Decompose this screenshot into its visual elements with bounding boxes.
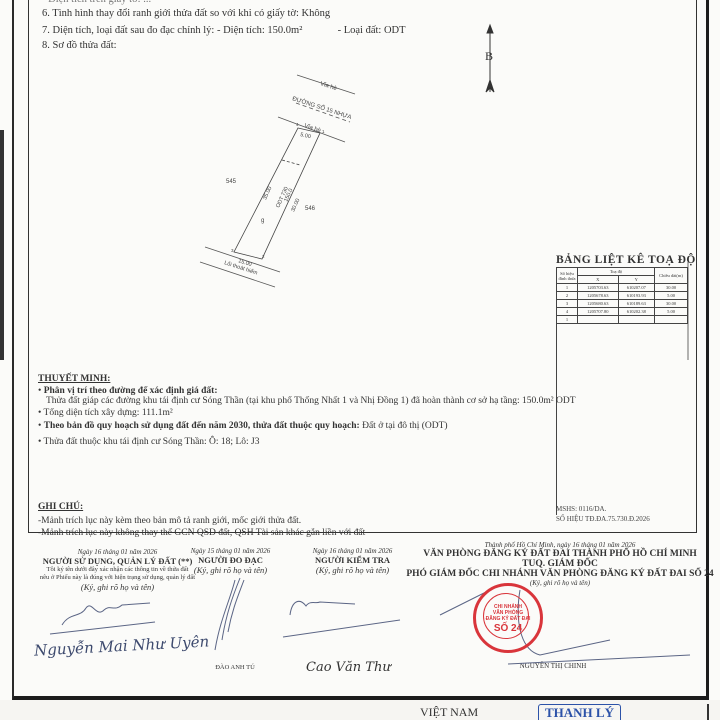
explanation-title: THUYẾT MINH:	[38, 374, 110, 384]
table-row: 11205703.63610207.0730.00	[557, 284, 688, 292]
svg-text:5.00: 5.00	[300, 132, 312, 140]
owner-signature-block: Ngày 16 tháng 01 năm 2026 NGƯỜI SỬ DỤNG,…	[30, 548, 205, 592]
svg-text:ĐƯỜNG SỐ 15 NHỰA: ĐƯỜNG SỐ 15 NHỰA	[291, 95, 352, 121]
svg-text:35.00: 35.00	[262, 186, 273, 201]
header-y: Y	[618, 276, 654, 284]
svg-text:546: 546	[305, 206, 316, 212]
mshs: MSHS: 0116/DA.	[556, 504, 650, 514]
explanation-item: Thửa đất giáp các đường khu tái định cư …	[46, 396, 576, 406]
explanation-item: • Thửa đất thuộc khu tái định cư Sóng Th…	[38, 437, 259, 447]
bottom-partial-text: VIỆT NAM	[420, 705, 478, 720]
note-item: -Mảnh trích lục này không thay thế GCN Q…	[38, 528, 365, 538]
svg-text:2: 2	[262, 254, 265, 259]
office-stamp: CHI NHÁNH VĂN PHÒNG ĐĂNG KÝ ĐẤT ĐAI SỐ 2…	[473, 583, 543, 653]
header-length: Chiều dài(m)	[655, 268, 688, 284]
record-info: MSHS: 0116/DA. SỐ HIỆU TĐ.ĐA.75.730.Đ.20…	[556, 504, 650, 524]
explanation-item: • Theo bản đồ quy hoạch sử dụng đất đến …	[38, 421, 448, 431]
table-row: 1	[557, 316, 688, 324]
north-label: B	[485, 49, 493, 63]
svg-text:30.00: 30.00	[290, 198, 301, 213]
note-item: -Mảnh trích lục này kèm theo bản mô tả r…	[38, 516, 301, 526]
notes-title: GHI CHÚ:	[38, 502, 83, 512]
table-row: 21205678.63610193.935.00	[557, 292, 688, 300]
header-x: X	[578, 276, 619, 284]
explanation-item: • Phân vị trí theo đường để xác định giá…	[38, 386, 218, 396]
svg-text:545: 545	[226, 179, 237, 185]
office-signer-name: NGUYỄN THỊ CHINH	[498, 662, 608, 670]
inspector-name: Cao Văn Thư	[306, 660, 391, 675]
surveyor-signature-block: Ngày 15 tháng 01 năm 2026 NGƯỜI ĐO ĐẠC (…	[188, 547, 273, 575]
table-row: 41205707.80610202.385.00	[557, 308, 688, 316]
svg-text:g: g	[261, 218, 264, 224]
header-point: Số hiệu đỉnh thửa	[557, 268, 578, 284]
coord-table-title: BẢNG LIỆT KÊ TOẠ ĐỘ	[556, 254, 696, 266]
svg-text:Vỉa hè: Vỉa hè	[319, 80, 338, 92]
office-signature-block: Thành phố Hồ Chí Minh, ngày 16 tháng 01 …	[400, 541, 720, 587]
explanation-item: • Tổng diện tích xây dựng: 111.1m²	[38, 408, 173, 418]
surveyor-name: ĐÀO ANH TÚ	[200, 664, 270, 671]
so-hieu: SỐ HIỆU TĐ.ĐA.75.730.Đ.2026	[556, 514, 650, 524]
thanh-ly-stamp: THANH LÝ	[538, 704, 621, 720]
table-row: 31205680.63610189.6330.00	[557, 300, 688, 308]
inspector-signature-block: Ngày 16 tháng 01 năm 2026 NGƯỜI KIỂM TRA…	[295, 547, 410, 575]
coord-table: Số hiệu đỉnh thửa Toạ độ Chiều dài(m) X …	[556, 267, 688, 324]
document-page: - Diện tích trên giấy tờ: ... 6. Tình hì…	[0, 0, 720, 720]
header-coords: Toạ độ	[578, 268, 655, 276]
edge-mark	[707, 704, 709, 720]
svg-text:1: 1	[322, 129, 325, 134]
